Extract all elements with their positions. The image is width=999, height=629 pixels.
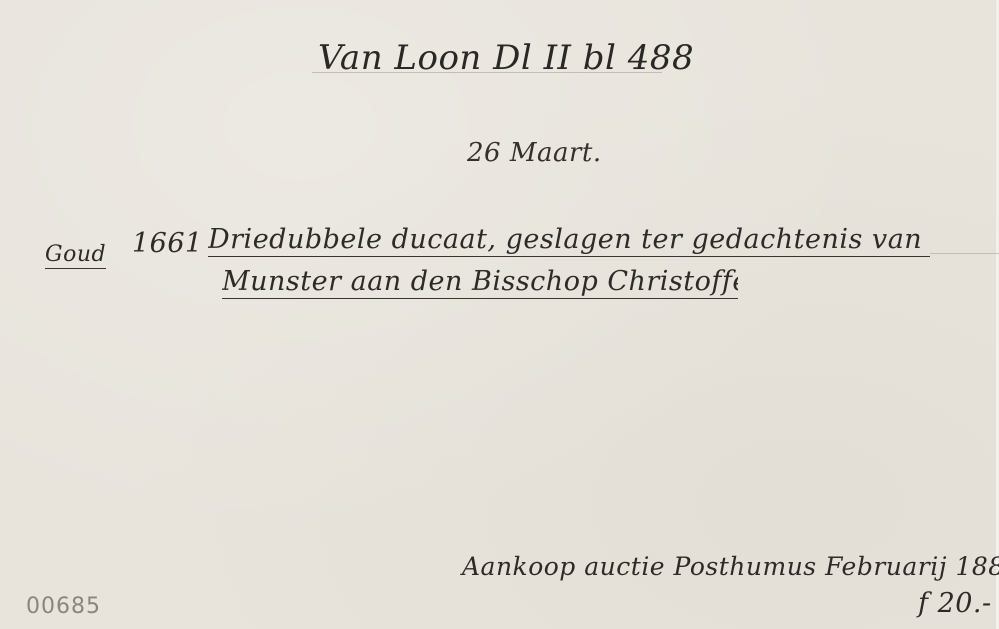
catalog-card: Van Loon Dl II bl 488 26 Maart. Goud 166… bbox=[0, 0, 999, 629]
entry-date: 26 Maart. bbox=[467, 138, 602, 168]
heading-underline bbox=[312, 72, 662, 73]
inventory-number: 00685 bbox=[26, 594, 101, 619]
price: f 20.- bbox=[918, 588, 992, 619]
ruled-line-extension bbox=[930, 253, 999, 254]
metal-label: Goud bbox=[45, 242, 106, 269]
acquisition-note: Aankoop auctie Posthumus Februarij 1882 bbox=[462, 552, 999, 581]
coin-year: 1661 bbox=[132, 228, 203, 259]
description-line-1: Driedubbele ducaat, geslagen ter gedacht… bbox=[208, 224, 930, 257]
description-line-2: Munster aan den Bisschop Christoffel Ber… bbox=[222, 266, 738, 299]
